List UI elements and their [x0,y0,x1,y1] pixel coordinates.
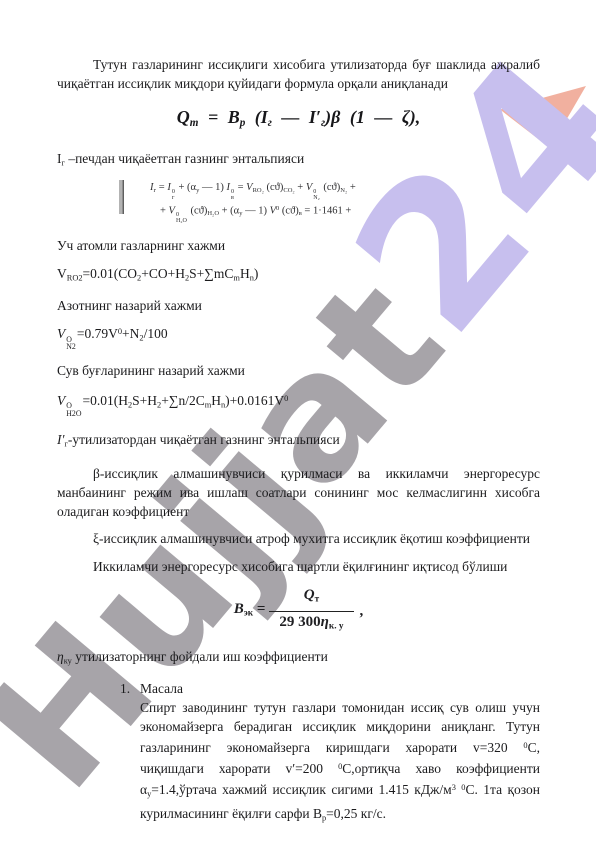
xi-paragraph: ξ-иссиқлик алмашинувчиси атроф мухитга и… [57,529,540,548]
problem-title: Масала [140,679,540,698]
steam-volume-label: Сув буғларининг назарий хажми [57,361,540,380]
secondary-resource-paragraph: Иккиламчи энергоресурс хисобига шартли ё… [57,557,540,576]
fuel-economy-lhs: Bэк = [234,600,266,624]
ig-definition-line: Iг –печдан чиқаёетган газнинг энтальпияс… [57,149,540,172]
fraction-numerator: Qт [294,586,329,611]
intro-paragraph: Тутун газларининг иссиқлиги хисобига ути… [57,55,540,93]
beta-paragraph: β-иссиқлик алмашинувчиси қурилмаси ва ик… [57,464,540,521]
fuel-economy-comma: , [360,602,364,621]
problem-body: Спирт заводининг тутун газлари томонидан… [140,698,540,827]
list-item-number: 1. [120,679,140,827]
enthalpy-formula-line1: Iг = I0г + (αу — 1) I0в = VRO₂ (cϑ)CO₂ +… [150,180,356,201]
enthalpy-formula-lines: Iг = I0г + (αу — 1) I0в = VRO₂ (cϑ)CO₂ +… [150,180,356,223]
selection-bar [119,180,124,214]
nitrogen-volume-label: Азотнинг назарий хажми [57,296,540,315]
problem-list-item: 1. Масала Спирт заводининг тутун газлари… [57,679,540,827]
enthalpy-formula-line2: + V0H₂O (cϑ)H₂O + (αу — 1) V0 (cϑ)в = 1·… [150,201,356,224]
vn2-formula-line: VОN2=0.79V0+N2/100 [57,322,540,351]
enthalpy-formula-block: Iг = I0г + (αу — 1) I0в = VRO₂ (cϑ)CO₂ +… [119,180,540,223]
document-content: Тутун газларининг иссиқлиги хисобига ути… [57,55,540,827]
ig-prime-definition-line: I′г-утилизатордан чиқаётган газнинг энта… [57,430,540,453]
eta-definition-line: ηку утилизаторнинг фойдали иш коэффициен… [57,647,540,670]
vro2-formula-line: VRO2=0.01(CO2+CO+H2S+∑mCmHn) [57,264,540,287]
fuel-economy-fraction: Qт 29 300ηк. у [269,586,353,636]
problem-content: Масала Спирт заводининг тутун газлари то… [140,679,540,827]
fuel-economy-formula: Bэк = Qт 29 300ηк. у , [57,586,540,636]
heat-quantity-formula: Qт = Bр (Iг — I′г)β (1 — ζ), [57,104,540,136]
document-page: { "watermark": { "word": "Hujjat", "numb… [0,0,596,842]
vh2o-formula-line: VОH2O=0.01(H2S+H2+∑n/2CmHn)+0.0161V0 [57,389,540,418]
fraction-denominator: 29 300ηк. у [269,611,353,637]
triatomic-volume-label: Уч атомли газларнинг хажми [57,236,540,255]
